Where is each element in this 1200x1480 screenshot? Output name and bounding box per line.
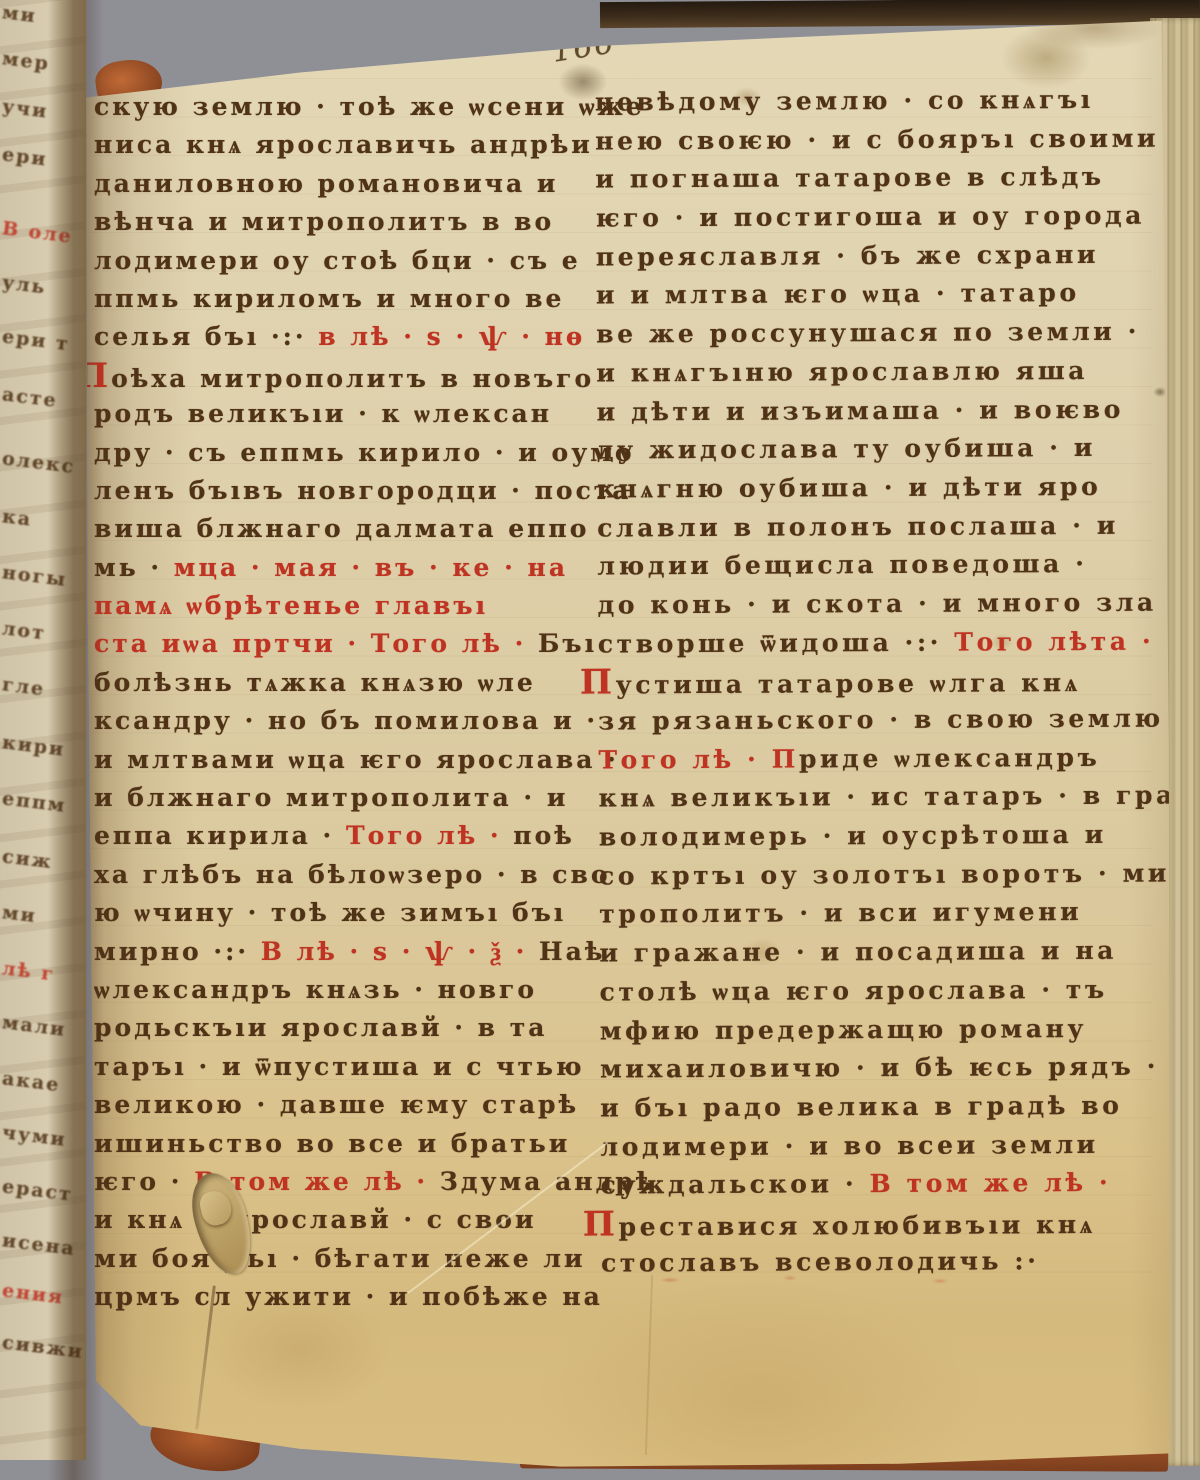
rubric-segment: В лѣ · ѕ · ѱ · ѯ · <box>261 937 539 966</box>
text-segment: Бъı <box>538 629 597 658</box>
text-segment: реставися холюбивъıи кнѧ <box>618 1210 1095 1241</box>
text-segment: селья бъı ·:· <box>94 322 318 351</box>
text-segment: михаиловичю · и бѣ ѥсь рядъ · <box>600 1052 1159 1084</box>
edge-text-fragment: ения <box>1 1279 83 1311</box>
text-line: володимерь · и оусрѣтоша и <box>599 816 1189 858</box>
text-segment: створше ѿидоша ·:· <box>598 627 955 658</box>
text-line: и и млтва ѥго ѡца · татаро <box>596 274 1186 316</box>
text-line: кнѧ великъıи · ис татаръ · в гра <box>599 777 1189 819</box>
text-line: ѥго · и постигоша и оу города <box>595 197 1185 239</box>
text-segment: ю ѡчину · тоѣ же зимъı бъı <box>94 898 566 927</box>
text-segment: кнѧгню оубиша · и дѣти яро <box>597 472 1101 504</box>
rubric-segment: В том же лѣ · <box>869 1168 1111 1198</box>
edge-text-fragment: ногы <box>1 561 83 593</box>
text-line: ниса кнѧ ярославичь андрѣи · <box>94 126 656 164</box>
text-line: и погнаша татарове в слѣдъ <box>595 158 1185 200</box>
text-segment: и дѣти и изъимаша · и воѥво <box>597 394 1125 426</box>
text-segment: ду жидослава ту оубиша · и <box>597 433 1096 465</box>
edge-text-fragment: кири <box>1 731 83 763</box>
text-segment: дру · съ еппмь кирило · и оумо <box>94 438 635 467</box>
edge-text-fragment: В оле <box>1 217 83 249</box>
text-segment: даниловною романовича и <box>94 169 558 198</box>
text-line: вѣнча и митрополитъ в во <box>94 203 656 241</box>
text-segment: ѡлександръ кнѧзь · новго <box>94 975 537 1004</box>
text-segment: еппа кирила · <box>94 821 346 850</box>
text-line: ю ѡчину · тоѣ же зимъı бъı <box>94 894 656 932</box>
edge-text-fragment: сиж <box>1 845 83 877</box>
text-segment: и блжнаго митрополита · и <box>94 783 568 812</box>
text-line: ми боя ръı · бѣгати неже ли <box>94 1240 656 1278</box>
text-segment: ксандру · но бъ помилова и · <box>94 706 598 735</box>
text-segment: ниса кнѧ ярославичь андрѣи · <box>94 130 616 159</box>
text-line: Пустиша татарове ѡлга кнѧ <box>598 661 1188 703</box>
text-line: ппмь кириломъ и много ве <box>94 280 656 318</box>
text-line: Того лѣ · Приде ѡлександръ <box>598 738 1188 780</box>
edge-text-fragment: лот <box>1 617 83 649</box>
edge-text-fragment: олекс <box>1 447 83 479</box>
edge-text-fragment: ери <box>1 143 83 175</box>
parchment-flap <box>197 1188 234 1228</box>
text-line: ве же россунушася по земли · <box>596 313 1186 355</box>
text-segment: людии бещисла поведоша · <box>597 549 1087 581</box>
text-segment: болѣзнь тѧжка кнѧзю ѡле <box>94 668 536 697</box>
text-segment: устиша татарове ѡлга кнѧ <box>616 668 1081 699</box>
text-line: и кнѧгъıню ярославлю яша <box>596 351 1186 393</box>
text-segment: нею своѥю · и с бояръı своими · <box>595 123 1184 155</box>
text-line: и бъı радо велика в градѣ во <box>600 1086 1190 1128</box>
text-line: со кртъı оу золотъı воротъ · ми <box>599 854 1189 896</box>
edge-text-fragment: ери т <box>1 325 83 357</box>
rubric-segment: ста иѡа пртчи · Того лѣ · <box>94 629 538 658</box>
text-line: виша блжнаго далмата еппо <box>94 510 656 548</box>
text-segment: и кнѧ и ярославй · с свои <box>94 1205 536 1234</box>
text-segment: ми боя ръı · бѣгати неже ли <box>94 1244 586 1273</box>
text-segment: ппмь кириломъ и много ве <box>94 284 564 313</box>
edge-text-fragment: асте <box>1 383 83 415</box>
edge-text-fragment: гле <box>1 673 83 705</box>
edge-text-fragment: мер <box>1 47 83 79</box>
rubric-segment: П <box>580 663 616 703</box>
edge-text-fragment: чуми <box>1 1121 83 1153</box>
text-segment: ленъ бъıвъ новгородци · поста <box>94 476 631 505</box>
text-segment: родьскъıи ярославй · в та <box>94 1013 547 1042</box>
text-line: великою · давше ѥму старѣ <box>94 1086 656 1124</box>
text-line: трополитъ · и вси игумени <box>599 893 1189 935</box>
text-segment: переяславля · бъ же схрани <box>596 240 1099 272</box>
text-segment: и бъı радо велика в градѣ во <box>600 1091 1122 1123</box>
text-line: ксандру · но бъ помилова и · <box>94 702 656 740</box>
manuscript-page: 166 скую землю · тоѣ же ѡсени ѡжениса кн… <box>0 0 1200 1480</box>
text-segment: до конь · и скота · и много зла <box>598 588 1157 620</box>
text-segment: риде ѡлександръ <box>799 743 1101 774</box>
text-segment: ве же россунушася по земли · <box>596 317 1140 349</box>
text-line: ду жидослава ту оубиша · и <box>597 429 1187 471</box>
edge-text-fragment: акае <box>1 1067 83 1099</box>
text-segment: поѣ <box>513 821 575 850</box>
text-line: родъ великъıи · к ѡлексан <box>94 395 656 433</box>
text-line: ста иѡа пртчи · Того лѣ · Бъı <box>94 625 656 663</box>
text-line: лодимери · и во всеи земли <box>600 1125 1190 1167</box>
text-line: еппа кирила · Того лѣ · поѣ <box>94 817 656 855</box>
text-segment: володимерь · и оусрѣтоша и <box>599 820 1107 852</box>
text-line: славли в полонъ послаша · и <box>597 506 1187 548</box>
text-segment: великою · давше ѥму старѣ <box>94 1090 579 1119</box>
right-column: невѣдому землю · со кнѧгъıнею своѥю · и … <box>595 80 1191 1282</box>
text-line: и гражане · и посадиша и на <box>599 932 1189 974</box>
text-segment: и погнаша татарове в слѣдъ <box>595 162 1104 194</box>
edge-text-fragment: ми <box>1 901 83 933</box>
text-line: зя рязаньского · в свою землю · <box>598 699 1188 741</box>
edge-text-fragment: учи <box>1 95 83 127</box>
text-segment: лодимери · и во всеи земли <box>600 1129 1099 1161</box>
text-line: и дѣти и изъимаша · и воѥво <box>596 390 1186 432</box>
red-offset-smudges <box>640 1272 1060 1288</box>
text-segment: невѣдому землю · со кнѧгъı <box>595 85 1094 117</box>
text-line: нею своѥю · и с бояръı своими · <box>595 119 1185 161</box>
text-line: Поѣха митрополитъ в новъго <box>94 357 656 395</box>
text-line: болѣзнь тѧжка кнѧзю ѡле <box>94 664 656 702</box>
text-segment: ѥго · и постигоша и оу города <box>595 201 1145 233</box>
text-line: людии бещисла поведоша · <box>597 545 1187 587</box>
text-line: лодимери оу стоѣ бци · съ е <box>94 242 656 280</box>
rubric-segment: Того лѣ · <box>346 821 513 850</box>
text-segment: ха глѣбъ на бѣлоѡзеро · в сво <box>94 860 611 889</box>
text-segment: родъ великъıи · к ѡлексан <box>94 399 552 428</box>
text-segment: со кртъı оу золотъı воротъ · ми <box>599 858 1170 890</box>
left-column: скую землю · тоѣ же ѡсени ѡжениса кнѧ яр… <box>94 88 656 1317</box>
text-segment: кнѧ великъıи · ис татаръ · в гра <box>599 781 1176 813</box>
text-line: невѣдому землю · со кнѧгъı <box>595 80 1185 122</box>
facing-page-edge: мимеручиериВ олеульери тастеолексканогыл… <box>0 0 86 1460</box>
text-segment: таръı · и ѿпустиша и с чтью <box>94 1052 585 1081</box>
folio-number: 166 <box>550 25 618 69</box>
text-segment: вѣнча и митрополитъ в во <box>94 207 554 236</box>
rubric-segment: Того лѣ · П <box>598 744 799 774</box>
text-segment: славли в полонъ послаша · и <box>597 510 1119 542</box>
text-segment: Наѣ <box>539 937 605 966</box>
text-segment: зя рязаньского · в свою землю · <box>598 703 1188 735</box>
text-line: михаиловичю · и бѣ ѥсь рядъ · <box>600 1048 1190 1090</box>
text-line: ѡлександръ кнѧзь · новго <box>94 971 656 1009</box>
text-line: мь · мца · мая · въ · ке · на <box>94 549 656 587</box>
text-segment: трополитъ · и вси игумени <box>599 897 1082 929</box>
text-line: селья бъı ·:· в лѣ · ѕ · ѱ · нѳ · <box>94 318 656 356</box>
text-line: ленъ бъıвъ новгородци · поста <box>94 472 656 510</box>
text-line: памѧ ѡбрѣтенье главъı <box>94 587 656 625</box>
edge-text-fragment: мали <box>1 1011 83 1043</box>
text-line: створше ѿидоша ·:· Того лѣта · <box>598 622 1188 664</box>
text-segment: суждальскои · <box>601 1169 870 1199</box>
text-segment: и млтвами ѡца ѥго ярослава · <box>94 745 619 774</box>
text-line: дру · съ еппмь кирило · и оумо <box>94 434 656 472</box>
text-segment: и кнѧгъıню ярославлю яша <box>596 356 1088 388</box>
text-segment: виша блжнаго далмата еппо <box>94 514 589 543</box>
text-segment: мфию предержащю роману <box>600 1013 1087 1045</box>
rubric-segment: П <box>583 1204 619 1244</box>
text-line: кнѧгню оубиша · и дѣти яро <box>597 467 1187 509</box>
text-line: мфию предержащю роману <box>600 1009 1190 1051</box>
text-line: мирно ·:· В лѣ · ѕ · ѱ · ѯ · Наѣ <box>94 933 656 971</box>
rubric-segment: в лѣ · ѕ · ѱ · нѳ · <box>318 322 608 351</box>
rubric-segment: памѧ ѡбрѣтенье главъı <box>94 591 488 620</box>
edge-text-fragment: лѣ г <box>1 957 83 989</box>
text-line: таръı · и ѿпустиша и с чтью <box>94 1048 656 1086</box>
edge-text-fragment: еппм <box>1 787 83 819</box>
text-line: црмъ сл ужити · и побѣже на <box>94 1278 656 1316</box>
edge-text-fragment: ераст <box>1 1175 83 1207</box>
edge-text-fragment: уль <box>1 271 83 303</box>
edge-text-fragment: исена <box>1 1229 83 1261</box>
text-segment: и и млтва ѥго ѡца · татаро <box>596 278 1080 310</box>
edge-text-fragment: ка <box>1 505 83 537</box>
text-segment: оѣха митрополитъ в новъго <box>111 364 594 393</box>
text-line: ишиньство во все и братьи <box>94 1125 656 1163</box>
text-line: родьскъıи ярославй · в та <box>94 1009 656 1047</box>
rubric-segment: Того лѣта · <box>954 626 1154 656</box>
text-line: до конь · и скота · и много зла <box>597 583 1187 625</box>
text-line: ха глѣбъ на бѣлоѡзеро · в сво <box>94 856 656 894</box>
manuscript-photo: мимеручиериВ олеульери тастеолексканогыл… <box>0 0 1200 1480</box>
text-line: Преставися холюбивъıи кнѧ <box>601 1202 1191 1244</box>
text-segment: ишиньство во все и братьи <box>94 1129 570 1158</box>
text-line: скую землю · тоѣ же ѡсени ѡже <box>94 88 656 126</box>
text-line: и кнѧ и ярославй · с свои <box>94 1201 656 1239</box>
rubric-segment: мца · мая · въ · ке · на <box>174 553 568 582</box>
edge-text-fragment: ми <box>1 1 83 33</box>
text-segment: лодимери оу стоѣ бци · съ е <box>94 246 581 275</box>
text-line: даниловною романовича и <box>94 165 656 203</box>
text-segment: скую землю · тоѣ же ѡсени ѡже <box>94 92 645 121</box>
text-line: столѣ ѡца ѥго ярослава · тъ <box>600 970 1190 1012</box>
edge-text-fragment: сивжи <box>1 1331 83 1363</box>
text-segment: мь · <box>94 553 174 582</box>
text-line: и блжнаго митрополита · и <box>94 779 656 817</box>
text-line: суждальскои · В том же лѣ · <box>601 1164 1191 1206</box>
text-line: и млтвами ѡца ѥго ярослава · <box>94 741 656 779</box>
text-segment: и гражане · и посадиша и на <box>599 936 1117 968</box>
text-segment: ѥго · <box>94 1167 194 1196</box>
text-segment: столѣ ѡца ѥго ярослава · тъ <box>600 975 1108 1007</box>
text-segment: мирно ·:· <box>94 937 261 966</box>
text-segment: црмъ сл ужити · и побѣже на <box>94 1282 603 1311</box>
text-line: переяславля · бъ же схрани <box>596 235 1186 277</box>
